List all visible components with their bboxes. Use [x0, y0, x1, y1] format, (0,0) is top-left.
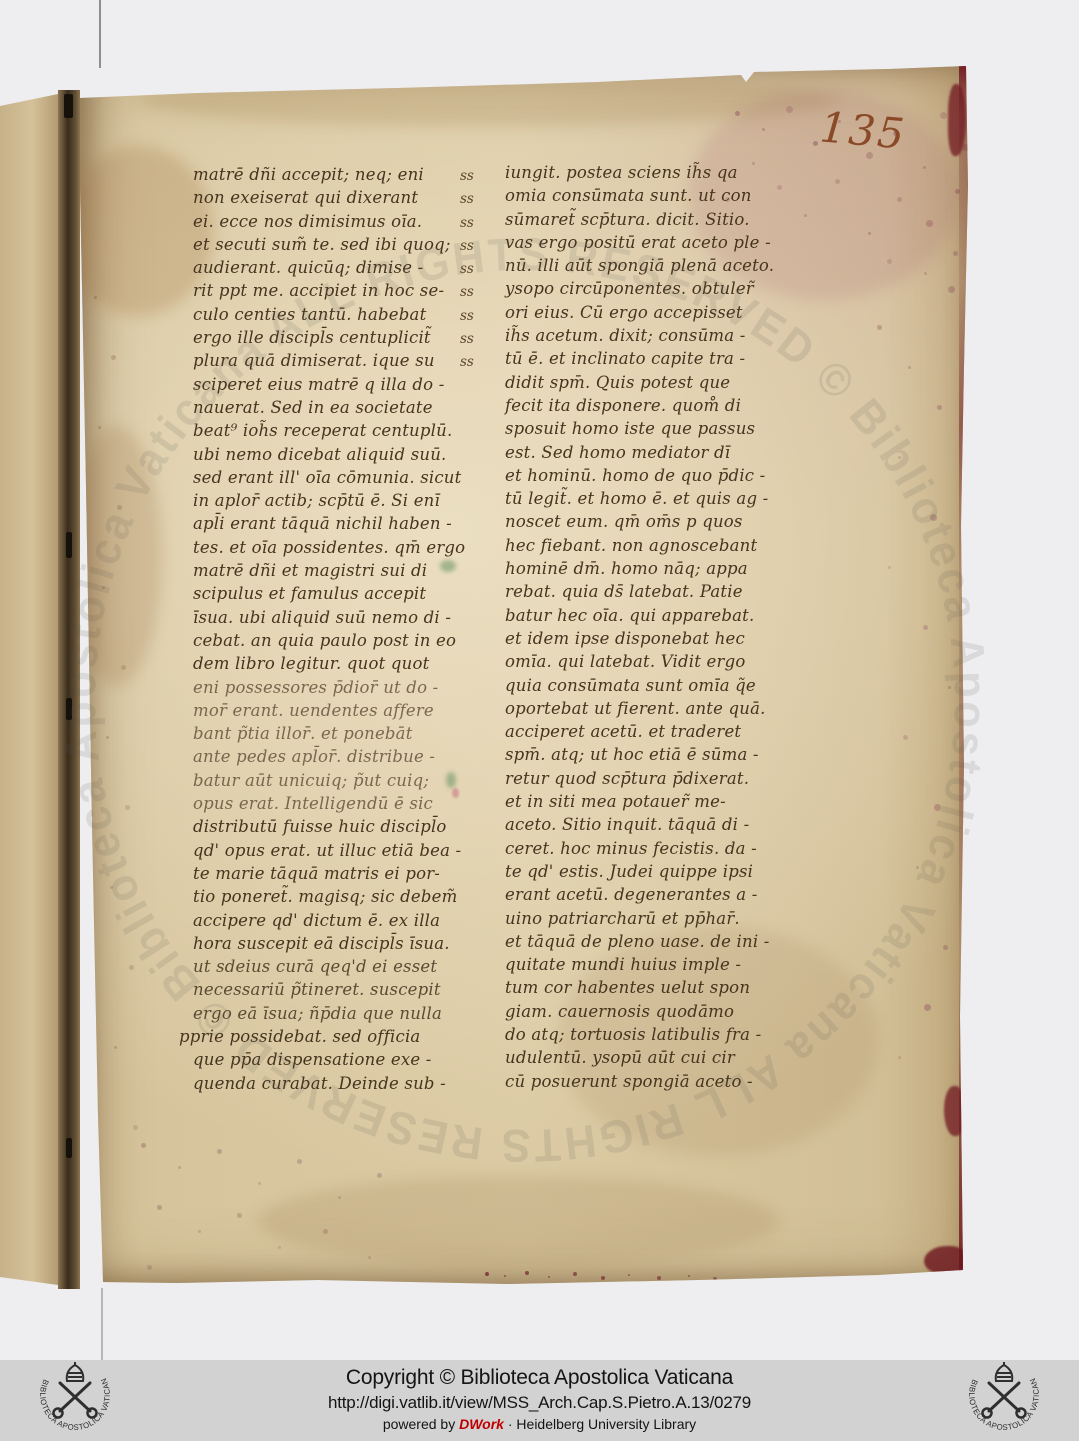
manuscript-line: ergo ille discipl̄s centuplicit̃	[193, 326, 469, 349]
binding-stitch	[64, 94, 73, 118]
manuscript-line: ori eius. Cū ergo accepisset	[505, 301, 811, 324]
manuscript-line: scipulus et famulus accepit	[193, 582, 469, 605]
quotation-mark: ss	[460, 188, 474, 211]
manuscript-line: vas ergo positū erat aceto ple -	[505, 231, 811, 254]
manuscript-line: retur quod scp̄tura p̄dixerat.	[505, 767, 811, 790]
manuscript-line: batur hec oīa. qui apparebat.	[505, 604, 811, 627]
manuscript-line: oportebat ut fierent. ante quā.	[505, 697, 811, 720]
manuscript-line: rit ppt me. accipiet in hoc se-	[193, 279, 469, 302]
footer-copyright: Copyright © Biblioteca Apostolica Vatica…	[0, 1360, 1079, 1390]
manuscript-line: culo centies tantū. habebat	[193, 303, 469, 326]
manuscript-line: tio poneret̃. magisq; sic debem̃	[193, 885, 469, 908]
powered-by-prefix: powered by	[383, 1416, 459, 1432]
manuscript-line: dem libro legitur. quot quot	[193, 652, 469, 675]
right-text-column: iungit. postea sciens ih̃s qaomia consūm…	[505, 161, 811, 1093]
dwork-brand: DWork	[459, 1416, 504, 1432]
manuscript-line: audierant. quicūq; dimise -	[193, 256, 469, 279]
manuscript-line: ubi nemo dicebat aliquid suū.	[193, 443, 469, 466]
quotation-marks-column: ssssssssssssssssss	[460, 165, 474, 375]
footer-bar: BIBLIOTECA APOSTOLICA VATICANA Copyright…	[0, 1360, 1079, 1441]
manuscript-line: sed erant ill' oīa cōmunia. sicut	[193, 466, 469, 489]
manuscript-line: eni possessores p̄dior̄ ut do -	[193, 676, 469, 699]
manuscript-line: matrē dñi accepit; neq; eni	[193, 163, 469, 186]
manuscript-line: et in siti mea potauer̃ me-	[505, 790, 811, 813]
powered-by-suffix: Heidelberg University Library	[516, 1416, 696, 1432]
manuscript-line: batur aūt unicuiq; p̃ut cuiq;	[193, 769, 469, 792]
manuscript-line: ante pedes apl̄or̄. distribue -	[193, 745, 469, 768]
parchment-stain	[64, 146, 214, 316]
manuscript-line: hec fiebant. non agnoscebant	[505, 534, 811, 557]
manuscript-line: ergo eā īsua; ñp̄dia que nulla	[193, 1002, 469, 1025]
manuscript-line: non exeiserat qui dixerant	[193, 186, 469, 209]
quotation-mark: ss	[460, 235, 474, 258]
manuscript-line: qd' opus erat. ut illuc etiā bea -	[193, 839, 469, 862]
speckle-cluster	[128, 1126, 131, 1129]
speckle-cluster	[718, 102, 721, 105]
papal-tiara-icon	[996, 1362, 1012, 1381]
page-edge-line-top	[99, 0, 101, 68]
quotation-mark: ss	[460, 351, 474, 374]
manuscript-line: acciperet acetū. et traderet	[505, 720, 811, 743]
red-edge-stain	[924, 1246, 966, 1274]
svg-text:BIBLIOTECA APOSTOLICA VATICANA: BIBLIOTECA APOSTOLICA VATICANA	[949, 1361, 1041, 1432]
svg-text:BIBLIOTECA APOSTOLICA VATICANA: BIBLIOTECA APOSTOLICA VATICANA	[20, 1361, 112, 1432]
quotation-mark: ss	[460, 212, 474, 235]
manuscript-line: apl̄i erant tāquā nichil haben -	[193, 512, 469, 535]
manuscript-line: omia consūmata sunt. ut con	[505, 184, 811, 207]
book-binding-gutter	[58, 90, 80, 1289]
manuscript-line: quia consūmata sunt omīa q̃e	[505, 674, 811, 697]
manuscript-line: do atq; tortuosis latibulis fra -	[505, 1023, 811, 1046]
binding-stitch	[66, 698, 72, 720]
manuscript-line: ei. ecce nos dimisimus oīa.	[193, 210, 469, 233]
footer-url: http://digi.vatlib.it/view/MSS_Arch.Cap.…	[0, 1393, 1079, 1413]
manuscript-line: iungit. postea sciens ih̃s qa	[505, 161, 811, 184]
manuscript-line: uino patriarcharū et pp̄har̄.	[505, 907, 811, 930]
papal-tiara-icon	[67, 1362, 83, 1381]
facing-page-edge	[0, 94, 58, 1285]
manuscript-line: nū. illi aūt spongiā plenā aceto.	[505, 254, 811, 277]
manuscript-line: tū legit̃. et homo ē. et quis ag -	[505, 487, 811, 510]
manuscript-line: te marie tāquā matris ei por-	[193, 862, 469, 885]
manuscript-line: et secuti sum̃ te. sed ibi quoq;	[193, 233, 469, 256]
manuscript-line: est. Sed homo mediator dī	[505, 441, 811, 464]
manuscript-scan-page: 135 matrē dñi accepit; neq; eninon exeis…	[0, 0, 1079, 1441]
manuscript-line: fecit ita disponere. quom̊ di	[505, 394, 811, 417]
manuscript-line: matrē dñi et magistri sui di	[193, 559, 469, 582]
red-edge-stain	[944, 1086, 964, 1136]
page-edge-line-bottom	[101, 1288, 103, 1362]
manuscript-line: tum cor habentes uelut spon	[505, 976, 811, 999]
manuscript-line: beat⁹ ioh̃s receperat centuplū.	[193, 419, 469, 442]
speckle-cluster	[88, 266, 91, 269]
manuscript-line: erant acetū. degenerantes a -	[505, 883, 811, 906]
speckle-cluster	[868, 306, 871, 309]
manuscript-line: hominē dm̄. homo nāq; appa	[505, 557, 811, 580]
manuscript-line: udulentū. ysopū aūt cui cir	[505, 1046, 811, 1069]
manuscript-line: te qd' estis. Judei quippe ipsi	[505, 860, 811, 883]
manuscript-line: hora suscepit eā discipl̄s īsua.	[193, 932, 469, 955]
manuscript-line: ih̃s acetum. dixit; consūma -	[505, 324, 811, 347]
manuscript-line: et idem ipse disponebat hec	[505, 627, 811, 650]
manuscript-line: ceret. hoc minus fecistis. da -	[505, 837, 811, 860]
manuscript-line: aceto. Sitio inquit. tāquā di -	[505, 813, 811, 836]
manuscript-line: didit spm̄. Quis potest que	[505, 371, 811, 394]
quotation-mark: ss	[460, 281, 474, 304]
manuscript-line: in aplor̄ actib; scp̄tū ē. Si enī	[193, 489, 469, 512]
quotation-mark: ss	[460, 165, 474, 188]
manuscript-line: spm̄. atq; ut hoc etiā ē sūma -	[505, 743, 811, 766]
manuscript-line: ysopo circūponentes. obtuler̃	[505, 277, 811, 300]
manuscript-line: cebat. an quia paulo post in eo	[193, 629, 469, 652]
manuscript-line: ut sdeius curā qeq'd ei esset	[193, 955, 469, 978]
vatican-library-logo: BIBLIOTECA APOSTOLICA VATICANA	[20, 1361, 130, 1439]
manuscript-line: accipere qd' dictum ē. ex illa	[193, 909, 469, 932]
manuscript-line: pprie possidebat. sed officia	[179, 1025, 469, 1048]
folio-number: 135	[818, 102, 908, 158]
manuscript-line: giam. cauernosis quodāmo	[505, 1000, 811, 1023]
manuscript-line: necessariū p̃tineret. suscepit	[193, 978, 469, 1001]
quotation-mark: ss	[460, 305, 474, 328]
manuscript-line: omīa. qui latebat. Vidit ergo	[505, 650, 811, 673]
manuscript-line: et tāquā de pleno uase. de ini -	[505, 930, 811, 953]
manuscript-line: sciperet eius matrē q illa do -	[193, 373, 469, 396]
manuscript-line: opus erat. Intelligendū ē sic	[193, 792, 469, 815]
manuscript-line: sūmaret̃ scp̄tura. dicit. Sitio.	[505, 208, 811, 231]
manuscript-line: plura quā dimiserat. ique su	[193, 349, 469, 372]
quotation-mark: ss	[460, 328, 474, 351]
footer-powered-by: powered by DWork · Heidelberg University…	[0, 1416, 1079, 1432]
manuscript-line: noscet eum. qm̄ om̄s p quos	[505, 510, 811, 533]
binding-stitch	[66, 532, 72, 558]
manuscript-line: quenda curabat. Deinde sub -	[193, 1072, 469, 1095]
manuscript-line: quitate mundi huius imple -	[505, 953, 811, 976]
parchment-stain	[72, 426, 162, 686]
left-text-column: matrē dñi accepit; neq; eninon exeiserat…	[193, 163, 469, 1095]
manuscript-line: nauerat. Sed in ea societate	[193, 396, 469, 419]
crossed-keys-icon	[60, 1383, 90, 1411]
manuscript-line: et hominū. homo de quo p̄dic -	[505, 464, 811, 487]
manuscript-line: mor̄ erant. uendentes affere	[193, 699, 469, 722]
binding-stitch	[66, 1138, 72, 1158]
manuscript-line: que pp̄a dispensatione exe -	[193, 1048, 469, 1071]
manuscript-line: rebat. quia ds̄ latebat. Patie	[505, 580, 811, 603]
manuscript-line: bant p̃tia illor̄. et ponebāt	[193, 722, 469, 745]
quotation-mark: ss	[460, 258, 474, 281]
manuscript-line: distributū fuisse huic discipl̄o	[193, 815, 469, 838]
manuscript-line: sposuit homo iste que passus	[505, 417, 811, 440]
red-edge-speckles	[478, 1271, 480, 1273]
vatican-library-logo: BIBLIOTECA APOSTOLICA VATICANA	[949, 1361, 1059, 1439]
parchment-page: 135 matrē dñi accepit; neq; eninon exeis…	[78, 66, 968, 1286]
manuscript-line: tes. et oīa possidentes. qm̄ ergo	[193, 536, 469, 559]
powered-by-separator: ·	[504, 1416, 516, 1432]
manuscript-line: īsua. ubi aliquid suū nemo di -	[193, 606, 469, 629]
manuscript-line: tū ē. et inclinato capite tra -	[505, 347, 811, 370]
parchment-stain	[258, 1176, 778, 1266]
crossed-keys-icon	[989, 1383, 1019, 1411]
manuscript-line: cū posuerunt spongiā aceto -	[505, 1070, 811, 1093]
